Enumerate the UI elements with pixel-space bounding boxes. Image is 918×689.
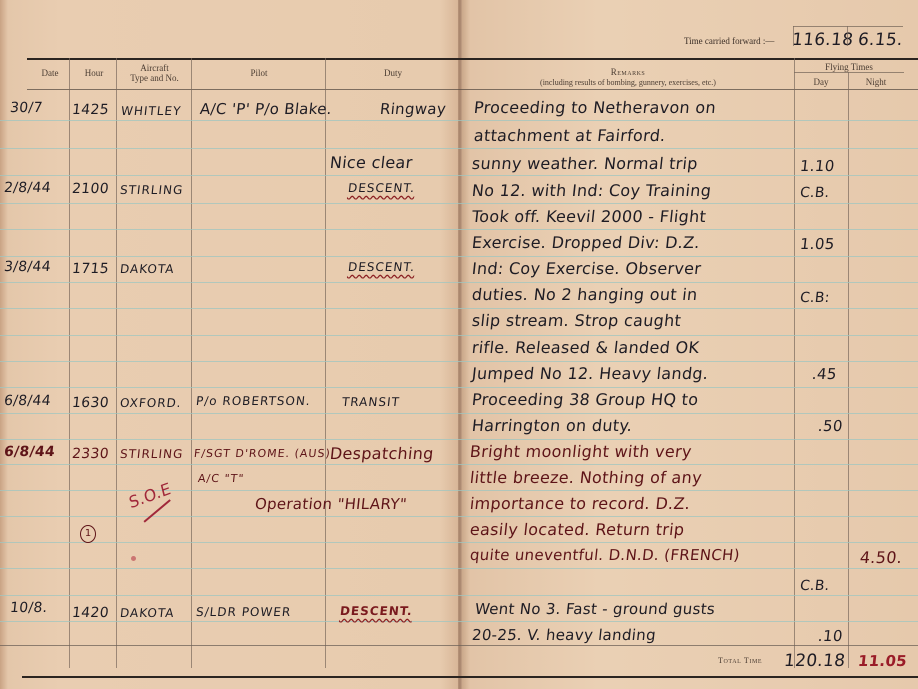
entry-remarks-line: attachment at Fairford. [473,126,667,145]
forward-box-top [793,26,903,27]
entry-date: 2/8/44 [3,180,52,196]
entry-duty: DESCENT. [347,260,416,274]
entry-hour: 2100 [71,181,110,197]
log-book-spread: Time carried forward :— 116.18 6.15. Dat… [0,0,918,689]
entry-remarks-line: Went No 3. Fast - ground gusts [474,600,716,618]
entry-aircraft: STIRLING [119,447,184,461]
entry-date: 6/8/44 [3,444,56,460]
entry-hour: 1420 [71,605,110,621]
entry-aircraft: WHITLEY [120,104,182,118]
entry-duty: Ringway [379,100,447,118]
entry-day-time: 1.10 [799,157,836,175]
forward-box-divider [793,26,794,46]
total-time-label: Total Time [718,656,762,665]
entry-remarks-line: quite uneventful. D.N.D. (FRENCH) [469,546,741,564]
entry-duty: Despatching [329,444,435,463]
entry-pilot: F/SGT D'ROME. (AUS) [193,447,331,460]
soe-annotation: S.O.E [127,479,173,513]
entry-remarks-line: Harrington on duty. [471,416,633,435]
forward-box-divider [847,26,848,46]
entry-remarks-line: rifle. Released & landed OK [471,338,700,357]
footer-bottom-rule [22,676,918,678]
entry-aircraft: DAKOTA [119,606,175,620]
col-divider-hour-aircraft [116,58,117,668]
entry-date: 3/8/44 [3,259,52,275]
header-top-rule [27,58,918,60]
entry-day-time: .50 [817,417,844,435]
entry-remarks-line: easily located. Return trip [469,520,685,539]
entry-remarks-line: little breeze. Nothing of any [469,468,703,487]
entry-remarks-line: Jumped No 12. Heavy landg. [471,364,709,383]
entry-duty: DESCENT. [347,181,416,195]
entry-remarks-line: No 12. with Ind: Coy Training [471,181,712,200]
entry-hour: 1425 [71,102,110,118]
entry-remarks-line: Exercise. Dropped Div: D.Z. [471,233,701,252]
col-header-flying-times: Flying Times [794,62,904,72]
col-divider-day-night [848,72,849,668]
entry-hour: 2330 [71,446,110,462]
col-header-hour: Hour [72,68,116,78]
col-header-aircraft-line2: Type and No. [117,73,192,83]
entry-remarks-line: Ind: Coy Exercise. Observer [471,259,702,278]
entry-remarks-line: 20-25. V. heavy landing [471,626,657,644]
entry-day-time: .10 [817,627,844,645]
header-bottom-rule [27,89,918,90]
entry-day-time: 1.05 [799,235,836,253]
col-header-remarks-sub: (including results of bombing, gunnery, … [462,78,794,88]
entry-aircraft: OXFORD. [119,396,182,410]
col-header-duty: Duty [326,68,460,78]
entry-date: 30/7 [9,100,43,116]
col-divider-remarks-day [794,58,795,668]
entry-day-note: C.B: [799,290,830,306]
circled-number: 1 [80,525,96,543]
col-divider-aircraft-pilot [191,58,192,668]
entry-remarks-line: sunny weather. Normal trip [471,154,699,173]
entry-pilot-line2: A/C "T" [197,472,245,485]
total-night-time: 11.05 [857,652,908,670]
entry-date: 10/8. [9,600,48,616]
entry-remarks-line: Bright moonlight with very [469,442,693,461]
entry-remarks-line: duties. No 2 hanging out in [471,285,699,304]
book-spine [458,0,462,689]
entry-remarks-line: slip stream. Strop caught [471,311,682,330]
entry-pilot: S/LDR POWER [195,605,292,619]
col-header-date: Date [30,68,70,78]
col-header-remarks: Remarks [462,67,794,77]
col-divider-pilot-duty [325,58,326,668]
flying-times-subrule [794,72,904,73]
entry-hour: 1715 [71,261,110,277]
entry-hour: 1630 [71,395,110,411]
entry-day-note: C.B. [799,578,830,594]
col-header-day: Day [794,77,848,87]
entry-day-note: C.B. [799,185,830,201]
entry-day-time: .45 [811,365,838,383]
entry-aircraft: STIRLING [119,183,184,197]
entry-remarks-line: Proceeding 38 Group HQ to [471,390,699,409]
ink-stain [131,556,136,561]
entry-remarks-line: importance to record. D.Z. [469,494,691,513]
col-header-pilot: Pilot [192,68,326,78]
entry-remarks-line: Took off. Keevil 2000 - Flight [471,207,707,226]
carried-forward-night: 6.15. [857,30,904,50]
entry-operation-name: Operation "HILARY" [254,495,408,513]
total-day-time: 120.18 [783,651,846,671]
entry-date: 6/8/44 [3,393,52,409]
entry-pilot: A/C 'P' P/o Blake. [199,100,333,118]
entry-aircraft: DAKOTA [119,262,175,276]
col-divider-date-hour [69,58,70,668]
time-carried-forward-label: Time carried forward :— [684,36,774,46]
col-header-aircraft-line1: Aircraft [117,63,192,73]
entry-duty: TRANSIT [341,395,400,409]
entry-duty: Nice clear [329,153,414,172]
entry-night-time: 4.50. [859,548,903,567]
col-header-aircraft: Aircraft Type and No. [117,63,192,83]
carried-forward-day: 116.18 [791,30,854,50]
entry-duty: DESCENT. [339,604,413,618]
entry-pilot: P/o ROBERTSON. [195,394,311,408]
entry-remarks-line: Proceeding to Netheravon on [473,98,717,117]
col-header-night: Night [848,77,904,87]
